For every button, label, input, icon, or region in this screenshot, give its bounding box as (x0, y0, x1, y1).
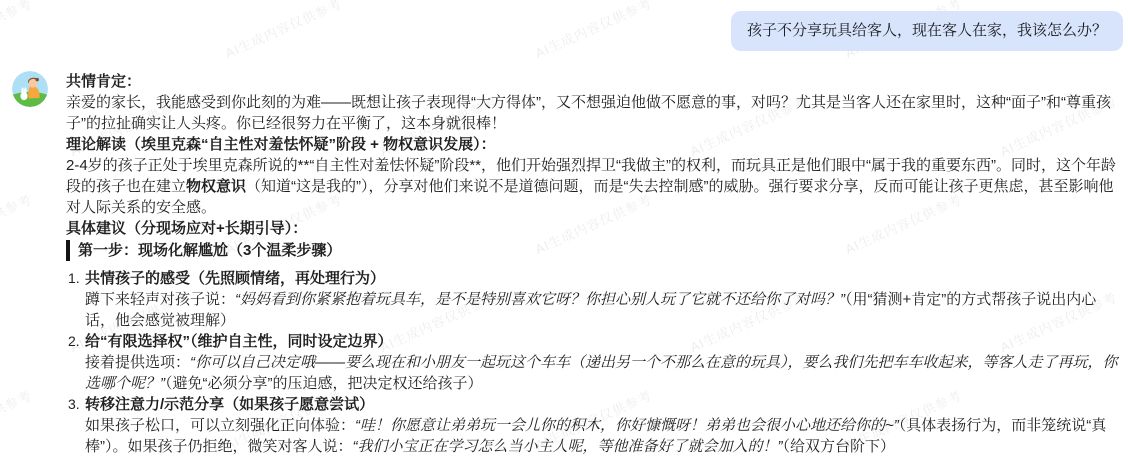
ai-content-watermark: AI生成内容仅供参考 (222, 0, 345, 62)
text-run: （避免“必须分享”的压迫感，把决定权还给孩子） (165, 375, 483, 392)
step-heading: 第一步：现场化解尴尬（3个温柔步骤） (66, 240, 1120, 261)
text-run: 接着提供选项： (85, 354, 190, 371)
advice-steps-list: 共情孩子的感受（先照顾情绪，再处理行为）蹲下来轻声对孩子说：“妈妈看到你紧紧抱着… (68, 268, 1120, 457)
assistant-message-row: 共情肯定：亲爱的家长，我能感受到你此刻的为难——既想让孩子表现得“大方得体”，又… (12, 71, 1120, 457)
assistant-avatar (12, 71, 48, 107)
text-run: 蹲下来轻声对孩子说： (85, 291, 235, 308)
paragraph: 2-4岁的孩子正处于埃里克森所说的**“自主性对羞怯怀疑”阶段**，他们开始强烈… (66, 155, 1120, 218)
assistant-message-content: 共情肯定：亲爱的家长，我能感受到你此刻的为难——既想让孩子表现得“大方得体”，又… (66, 71, 1120, 457)
chat-page: { "watermark": { "text": "AI生成内容仅供参考" },… (0, 0, 1128, 467)
section-heading: 理论解读（埃里克森“自主性对羞怯怀疑”阶段 + 物权意识发展）： (66, 134, 1120, 155)
advice-step-body: 如果孩子松口，可以立刻强化正向体验：“哇！你愿意让弟弟玩一会儿你的积木，你好慷慨… (85, 415, 1120, 457)
section-heading: 具体建议（分现场应对+长期引导）： (66, 218, 1120, 239)
text-run: 亲爱的家长，我能感受到你此刻的为难——既想让孩子表现得“大方得体”，又不想强迫他… (66, 94, 1111, 132)
text-run: 如果孩子松口，可以立刻强化正向体验： (85, 417, 355, 434)
user-message-row: 孩子不分享玩具给客人，现在客人在家，我该怎么办？ (731, 11, 1123, 51)
advice-step-title: 转移注意力/示范分享（如果孩子愿意尝试） (85, 394, 1120, 415)
assistant-blocks: 共情肯定：亲爱的家长，我能感受到你此刻的为难——既想让孩子表现得“大方得体”，又… (66, 71, 1120, 457)
user-message-bubble: 孩子不分享玩具给客人，现在客人在家，我该怎么办？ (731, 11, 1123, 51)
parenting-helper-avatar-icon (12, 71, 48, 107)
advice-step-item: 共情孩子的感受（先照顾情绪，再处理行为）蹲下来轻声对孩子说：“妈妈看到你紧紧抱着… (68, 268, 1120, 331)
advice-step-body: 蹲下来轻声对孩子说：“妈妈看到你紧紧抱着玩具车，是不是特别喜欢它呀？你担心别人玩… (85, 289, 1120, 331)
quoted-speech-run: “哇！你愿意让弟弟玩一会儿你的积木，你好慷慨呀！弟弟也会很小心地还给你的~” (355, 417, 899, 434)
advice-step-title: 给“有限选择权”（维护自主性，同时设定边界） (85, 331, 1120, 352)
ai-content-watermark: AI生成内容仅供参考 (532, 0, 655, 62)
ai-content-watermark: AI生成内容仅供参考 (0, 0, 35, 62)
quoted-speech-run: “我们小宝正在学习怎么当小主人呢，等他准备好了就会加入的！” (353, 438, 783, 455)
advice-step-item: 给“有限选择权”（维护自主性，同时设定边界）接着提供选项：“你可以自己决定哦——… (68, 331, 1120, 394)
advice-step-body: 接着提供选项：“你可以自己决定哦——要么现在和小朋友一起玩这个车车（递出另一个不… (85, 352, 1120, 394)
advice-step-title: 共情孩子的感受（先照顾情绪，再处理行为） (85, 268, 1120, 289)
bold-text-run: 物权意识 (186, 178, 246, 195)
paragraph: 亲爱的家长，我能感受到你此刻的为难——既想让孩子表现得“大方得体”，又不想强迫他… (66, 92, 1120, 134)
text-run: （给双方台阶下） (783, 438, 896, 455)
quoted-speech-run: “妈妈看到你紧紧抱着玩具车，是不是特别喜欢它呀？你担心别人玩了它就不还给你了对吗… (235, 291, 845, 308)
advice-step-item: 转移注意力/示范分享（如果孩子愿意尝试）如果孩子松口，可以立刻强化正向体验：“哇… (68, 394, 1120, 457)
section-heading: 共情肯定： (66, 71, 1120, 92)
